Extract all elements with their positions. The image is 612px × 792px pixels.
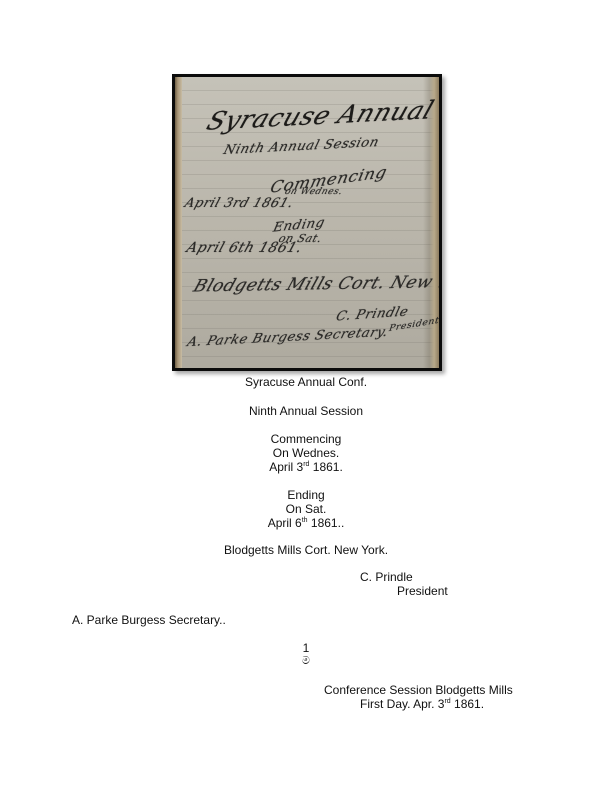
next-date-prefix: First Day. Apr. 3	[360, 697, 444, 711]
ending-label: Ending	[0, 488, 612, 502]
binding-edge	[175, 77, 182, 368]
commencing-date: April 3rd 1861.	[0, 460, 612, 474]
commencing-date-prefix: April 3	[269, 460, 303, 474]
next-session-heading: Conference Session Blodgetts Mills	[324, 683, 513, 697]
ending-date-prefix: April 6	[268, 516, 302, 530]
handwritten-place: Blodgetts Mills Cort. New York.	[191, 271, 442, 296]
commencing-day: On Wednes.	[0, 446, 612, 460]
transcription-place: Blodgetts Mills Cort. New York.	[0, 543, 612, 557]
transcription-secretary: A. Parke Burgess Secretary..	[72, 613, 226, 627]
commencing-label: Commencing	[0, 432, 612, 446]
handwritten-april-6: April 6th 1861.	[184, 240, 304, 256]
ending-date: April 6th 1861..	[0, 516, 612, 530]
ending-day: On Sat.	[0, 502, 612, 516]
next-session-date: First Day. Apr. 3rd 1861.	[360, 697, 484, 711]
section-break-glyph: ම	[0, 654, 612, 668]
document-page: Syracuse Annual Conf. Ninth Annual Sessi…	[0, 0, 612, 792]
page-number: 1	[0, 641, 612, 655]
commencing-date-year: 1861.	[309, 460, 342, 474]
transcription-session: Ninth Annual Session	[0, 404, 612, 418]
handwritten-april-3: April 3rd 1861.	[183, 196, 296, 211]
ending-date-year: 1861..	[308, 516, 345, 530]
transcription-signer-title: President	[397, 584, 448, 598]
next-date-year: 1861.	[451, 697, 484, 711]
transcription-signer: C. Prindle	[360, 570, 413, 584]
ledger-photo: Syracuse Annual Conf. Ninth Annual Sessi…	[172, 74, 442, 371]
transcription-title: Syracuse Annual Conf.	[0, 375, 612, 389]
